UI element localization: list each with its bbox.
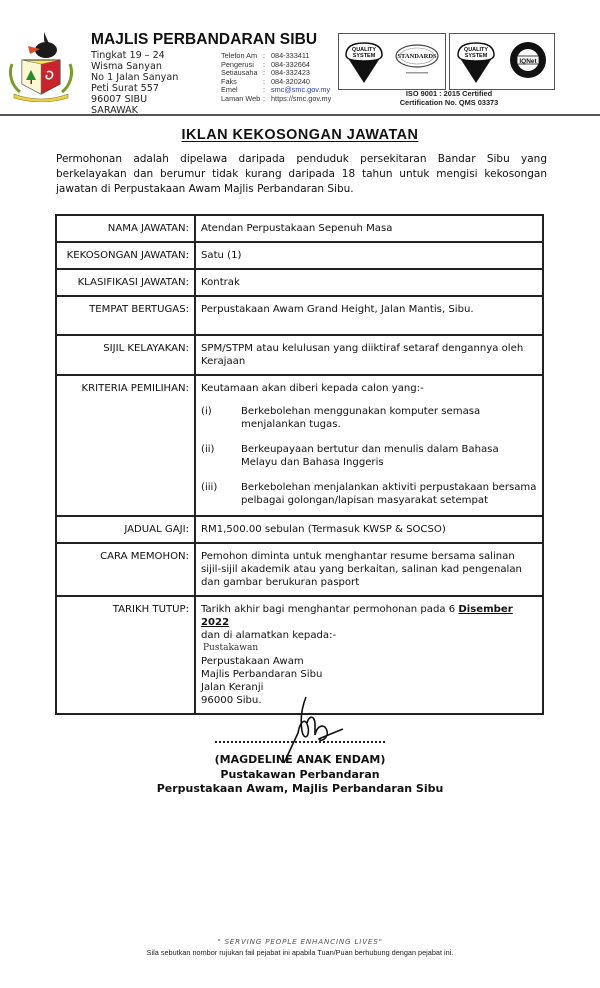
svg-text:SYSTEM: SYSTEM — [353, 53, 376, 59]
address-line: Perpustakaan Awam — [201, 655, 537, 668]
vacancy-details-table: NAMA JAWATAN: Atendan Perpustakaan Sepen… — [55, 214, 544, 715]
row-value: Pemohon diminta untuk menghantar resume … — [195, 543, 543, 596]
table-row: NAMA JAWATAN: Atendan Perpustakaan Sepen… — [56, 215, 543, 242]
recipient: Pustakawan — [201, 642, 537, 655]
signatory-department: Perpustakaan Awam, Majlis Perbandaran Si… — [0, 782, 600, 797]
list-item: (ii)Berkeupayaan bertutur dan menulis da… — [201, 443, 537, 469]
row-label: JADUAL GAJI: — [56, 516, 195, 543]
iso-certification-note: ISO 9001 : 2015 Certified Certification … — [399, 89, 499, 107]
table-row: KRITERIA PEMILIHAN: Keutamaan akan diber… — [56, 375, 543, 516]
standards-icon: STANDARDS — [394, 42, 440, 82]
table-row: CARA MEMOHON: Pemohon diminta untuk meng… — [56, 543, 543, 596]
row-label: SIJIL KELAYAKAN: — [56, 335, 195, 375]
certification-logos-right: QUALITY SYSTEM IQNet — [449, 33, 555, 90]
row-value: Keutamaan akan diberi kepada calon yang:… — [195, 375, 543, 516]
row-label: KRITERIA PEMILIHAN: — [56, 375, 195, 516]
signature-line — [215, 741, 385, 743]
row-value: SPM/STPM atau kelulusan yang diiktiraf s… — [195, 335, 543, 375]
postal-address: Tingkat 19 – 24 Wisma Sanyan No 1 Jalan … — [91, 51, 178, 116]
contact-row-web: Laman Web:https://smc.gov.my — [221, 95, 331, 104]
organization-name: MAJLIS PERBANDARAN SIBU — [91, 31, 317, 49]
row-value: Kontrak — [195, 269, 543, 296]
footer-motto: " SERVING PEOPLE ENHANCING LIVES" — [0, 937, 600, 946]
table-row: KLASIFIKASI JAWATAN: Kontrak — [56, 269, 543, 296]
address-line: Majlis Perbandaran Sibu — [201, 668, 537, 681]
quality-system-icon: QUALITY SYSTEM — [456, 39, 496, 85]
signatory-position: Pustakawan Perbandaran — [0, 768, 600, 783]
address-line: 96007 SIBU — [91, 95, 178, 106]
row-label: NAMA JAWATAN: — [56, 215, 195, 242]
intro-paragraph: Permohonan adalah dipelawa daripada pend… — [56, 152, 547, 197]
table-row: SIJIL KELAYAKAN: SPM/STPM atau kelulusan… — [56, 335, 543, 375]
list-item: (iii)Berkebolehan menjalankan aktiviti p… — [201, 481, 537, 507]
list-item: (i)Berkebolehan menggunakan komputer sem… — [201, 405, 537, 431]
municipal-crest-icon — [6, 28, 76, 102]
row-value: RM1,500.00 sebulan (Termasuk KWSP & SOCS… — [195, 516, 543, 543]
row-value: Satu (1) — [195, 242, 543, 269]
svg-text:SYSTEM: SYSTEM — [465, 53, 488, 59]
row-value: Perpustakaan Awam Grand Height, Jalan Ma… — [195, 296, 543, 335]
signatory-block: (MAGDELINE ANAK ENDAM) Pustakawan Perban… — [0, 753, 600, 797]
address-line: Peti Surat 557 — [91, 84, 178, 95]
row-label: CARA MEMOHON: — [56, 543, 195, 596]
header-divider — [0, 114, 600, 116]
quality-system-icon: QUALITY SYSTEM — [344, 39, 384, 85]
iqnet-icon: IQNet — [508, 40, 548, 84]
page-title: IKLAN KEKOSONGAN JAWATAN — [0, 127, 600, 143]
table-row: JADUAL GAJI: RM1,500.00 sebulan (Termasu… — [56, 516, 543, 543]
svg-text:IQNet: IQNet — [519, 58, 537, 65]
criteria-list: (i)Berkebolehan menggunakan komputer sem… — [201, 405, 537, 507]
table-row: KEKOSONGAN JAWATAN: Satu (1) — [56, 242, 543, 269]
row-value: Atendan Perpustakaan Sepenuh Masa — [195, 215, 543, 242]
closing-date-line: Tarikh akhir bagi menghantar permohonan … — [201, 603, 537, 629]
svg-text:STANDARDS: STANDARDS — [397, 53, 437, 60]
signatory-name: (MAGDELINE ANAK ENDAM) — [0, 753, 600, 768]
table-row: TEMPAT BERTUGAS: Perpustakaan Awam Grand… — [56, 296, 543, 335]
contact-list: Telefon Am:084-333411 Pengerusi:084-3326… — [221, 52, 331, 104]
row-label: KEKOSONGAN JAWATAN: — [56, 242, 195, 269]
row-label: TEMPAT BERTUGAS: — [56, 296, 195, 335]
criteria-intro: Keutamaan akan diberi kepada calon yang:… — [201, 382, 537, 395]
website-link[interactable]: https://smc.gov.my — [271, 95, 331, 104]
address-line: Jalan Keranji — [201, 681, 537, 694]
row-label: KLASIFIKASI JAWATAN: — [56, 269, 195, 296]
certification-logos-left: QUALITY SYSTEM STANDARDS — [338, 33, 446, 90]
footer-note: Sila sebutkan nombor rujukan fail pejaba… — [0, 948, 600, 957]
row-label: TARIKH TUTUP: — [56, 596, 195, 714]
